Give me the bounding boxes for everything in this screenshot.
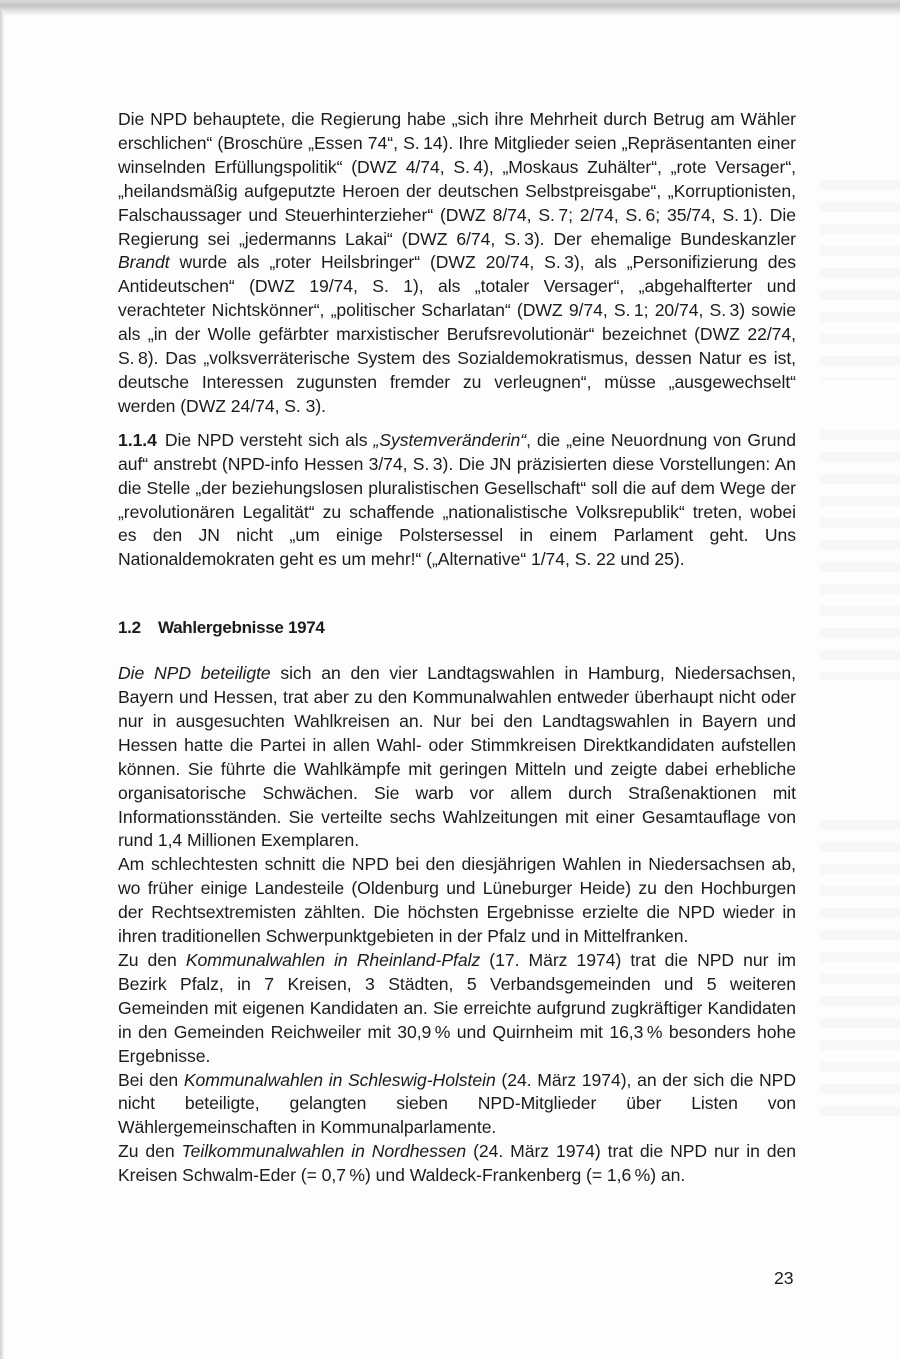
heading-title: Wahlergebnisse 1974 [158, 618, 325, 637]
section-heading-1-2: 1.2Wahlergebnisse 1974 [118, 616, 796, 640]
emphasis-systemveraenderin: „Systemveränderin“ [373, 430, 526, 450]
bleed-through-shadow [820, 180, 900, 380]
paragraph-niedersachsen: Am schlechtesten schnitt die NPD bei den… [118, 853, 796, 949]
paragraph-landtagswahlen: Die NPD beteiligte sich an den vier Land… [118, 662, 796, 853]
paragraph-text: Die NPD behauptete, die Regierung habe „… [118, 109, 796, 249]
section-number: 1.1.4 [118, 430, 157, 450]
emphasis-kommunalwahlen-sh: Kommunalwahlen in Schleswig-Holstein [184, 1070, 496, 1090]
emphasis-brandt: Brandt [118, 252, 170, 272]
scan-top-edge [0, 0, 900, 16]
scan-left-edge [0, 10, 4, 1359]
paragraph-rheinland-pfalz: Zu den Kommunalwahlen in Rheinland-Pfalz… [118, 949, 796, 1069]
paragraph-text: Bei den [118, 1070, 184, 1090]
bleed-through-shadow [820, 430, 900, 680]
bleed-through-shadow [820, 820, 900, 1120]
section-1-1-4: 1.1.4Die NPD versteht sich als „Systemve… [118, 429, 796, 572]
paragraph-text: Zu den [118, 1141, 182, 1161]
heading-number: 1.2 [118, 616, 158, 640]
emphasis-kommunalwahlen-rlp: Kommunalwahlen in Rheinland-Pfalz [186, 950, 480, 970]
emphasis-npd-beteiligte: Die NPD beteiligte [118, 663, 271, 683]
paragraph-npd-quotes: Die NPD behauptete, die Regierung habe „… [118, 108, 796, 419]
emphasis-teilkommunalwahlen: Teilkommunalwahlen in Nordhessen [182, 1141, 467, 1161]
paragraph-schleswig-holstein: Bei den Kommunalwahlen in Schleswig-Hols… [118, 1069, 796, 1141]
document-page: Die NPD behauptete, die Regierung habe „… [118, 108, 796, 1188]
paragraph-text: Am schlechtesten schnitt die NPD bei den… [118, 854, 796, 946]
paragraph-text: Zu den [118, 950, 186, 970]
paragraph-nordhessen: Zu den Teilkommunalwahlen in Nordhessen … [118, 1140, 796, 1188]
paragraph-text: wurde als „roter Heilsbringer“ (DWZ 20/7… [118, 252, 796, 415]
paragraph-text: , die „eine Neuordnung von Grund auf“ an… [118, 430, 796, 570]
page-number: 23 [774, 1268, 794, 1289]
paragraph-text: Die NPD versteht sich als [165, 430, 374, 450]
paragraph-text: sich an den vier Landtagswahlen in Hambu… [118, 663, 796, 850]
